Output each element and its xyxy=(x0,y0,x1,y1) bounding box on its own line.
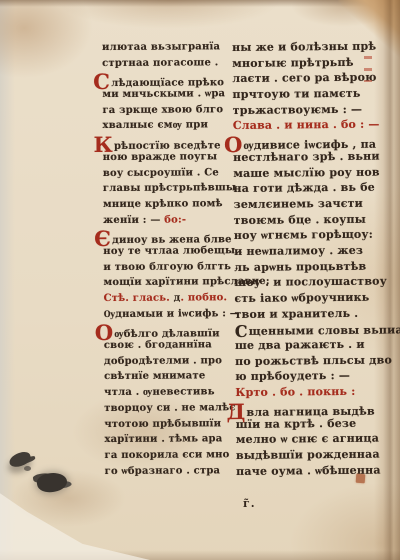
ink-text: мнице крѣпко помѣ xyxy=(103,198,223,210)
ink-text: ю прѣбоудеть : — xyxy=(235,369,350,383)
manuscript-text-line: єть іако ѡброучникь xyxy=(234,290,384,307)
ink-blot xyxy=(24,466,31,471)
manuscript-text-line: ше два ражаѥть . и xyxy=(235,337,385,354)
manuscript-text-line: ны же и болѣзны прѣ xyxy=(232,39,382,56)
manuscript-text-line: Сщенными словы вьпиа xyxy=(235,321,385,338)
manuscript-text-line: ль арѡнь процьвтѣв xyxy=(234,258,384,275)
rubric-text: Стѣ. глась. xyxy=(104,293,174,304)
ink-text: твоѥмь бце . коупы xyxy=(234,212,366,226)
ink-text: прчтоую ти памєть xyxy=(232,87,360,101)
manuscript-text-line: ми мнчьскыми . ѡра xyxy=(102,86,230,102)
ink-text: добродѣтелми . про xyxy=(104,355,222,367)
manuscript-text-line: твоѥмь бце . коупы xyxy=(234,211,384,228)
manuscript-text-line: добродѣтелми . про xyxy=(104,353,232,369)
manuscript-text-line: Слава . и нина . бо : — xyxy=(233,117,383,134)
ink-text: женїи : — xyxy=(103,214,164,225)
ink-text: нестлѣнаго зрѣ . вьни xyxy=(233,149,380,163)
text-column-right: ны же и болѣзны прѣмногыѥ прѣтрьпѣлаєти … xyxy=(232,39,386,480)
ink-text: ше два ражаѥть . и xyxy=(235,338,365,352)
manuscript-text-line: многыѥ прѣтрьпѣ xyxy=(232,54,382,71)
manuscript-text-line: на готи дѣжда . вь бе xyxy=(233,180,383,197)
manuscript-text-line: свѣтнїе мнимате xyxy=(104,369,232,385)
rubric-text: Слава . и нина . бо : — xyxy=(233,118,380,132)
rubric-text: . побно. xyxy=(180,292,227,303)
ink-text: ною вражде поугы xyxy=(103,151,218,163)
manuscript-text-line: чтла . ѹневестивь xyxy=(104,384,232,400)
manuscript-text-line: маше мыслїю роу нов xyxy=(233,164,383,181)
ink-text: лаєти . сего ра вѣрою xyxy=(232,71,376,85)
manuscript-text-line: нестлѣнаго зрѣ . вьни xyxy=(233,148,383,165)
ink-text: мелно ѡ снѥ є агница xyxy=(236,432,379,446)
manuscript-text-line: илютаа вьзыгранїа xyxy=(102,39,230,55)
ink-text: чтла . ѹневестивь xyxy=(104,386,215,398)
rubric-text: Крто . бо . покнь : xyxy=(235,385,355,399)
ink-text: илютаа вьзыгранїа xyxy=(102,41,220,53)
manuscript-text-line: землєинемь зачєти xyxy=(234,195,384,212)
manuscript-text-line: выдѣвшїи рожденнаа xyxy=(236,446,386,463)
manuscript-text-line: Крто . бо . покнь : xyxy=(235,384,385,401)
manuscript-text-line: Стѣ. глась. д. побно. xyxy=(104,290,232,306)
ink-text: выдѣвшїи рожденнаа xyxy=(236,447,380,461)
ink-text: ны же и болѣзны прѣ xyxy=(232,40,376,54)
ink-text: ноу те чтлаа любещы . xyxy=(103,245,242,257)
ink-text: го ѡбразнаго . стра xyxy=(105,465,221,477)
rubric-initial: С xyxy=(93,69,110,94)
manuscript-text-line: мелно ѡ снѥ є агница xyxy=(236,431,386,448)
manuscript-text-line: ноу ѡгнємь горѣщоу: xyxy=(234,227,384,244)
ink-blot xyxy=(36,471,69,495)
ink-text: єть іако ѡброучникь xyxy=(234,291,369,305)
manuscript-text-line: по рожьствѣ пльсы дво xyxy=(235,352,385,369)
manuscript-text-line: Крѣпостїю вседѣте xyxy=(103,133,231,149)
manuscript-text-line: га зркще хвою блго xyxy=(102,102,230,118)
rubric-initial: Є xyxy=(94,226,111,251)
manuscript-text-line: твои и хранитель . xyxy=(235,305,385,322)
manuscript-text-line: Слѣдающїасе прѣко xyxy=(102,71,230,87)
manuscript-text-line: Єдиноу вь жена блве xyxy=(103,227,231,243)
manuscript-text-line: лаєти . сего ра вѣрою xyxy=(232,70,382,87)
manuscript-text-line: Двла нагница выдѣв xyxy=(235,399,385,416)
ink-text: ноу ѡгнємь горѣщоу: xyxy=(234,228,373,242)
manuscript-text-line: и твою блгоую блгть . xyxy=(103,259,231,275)
ink-text: га зркще хвою блго xyxy=(102,104,223,116)
ink-text: чтотою прѣбывшїи xyxy=(104,418,221,430)
manuscript-text-line: своѥ . бгоданнїна xyxy=(104,337,232,353)
ink-text: по рожьствѣ пльсы дво xyxy=(235,353,392,368)
manuscript-text-line: главы прѣстрьпѣвшы xyxy=(103,180,231,196)
manuscript-text-line: стртнаа погасоше . xyxy=(102,55,230,71)
manuscript-text-line: шоу . и послоушаствоу xyxy=(234,274,384,291)
manuscript-text-line: ноу те чтлаа любещы . xyxy=(103,243,231,259)
manuscript-text-line: мощїи харїтини прѣславне: xyxy=(103,275,231,291)
ink-text: на готи дѣжда . вь бе xyxy=(233,181,375,195)
ink-text: га покорила єси мно xyxy=(105,449,230,461)
manuscript-text-line: чтотою прѣбывшїи xyxy=(104,416,232,432)
ink-text: ми мнчьскыми . ѡра xyxy=(102,88,225,100)
ink-text: стртнаа погасоше . xyxy=(102,57,218,69)
ink-text: свѣтнїе мнимате xyxy=(104,371,205,383)
manuscript-text-line: га покорила єси мно xyxy=(104,447,232,463)
ink-text: воу сысроушїи . Се xyxy=(103,167,219,179)
ink-text: твои и хранитель . xyxy=(235,306,359,320)
manuscript-text-line: и неѡпалимоу . жез xyxy=(234,242,384,259)
manuscript-text-line: Оѹдивисе іѡсифь , па xyxy=(233,133,383,150)
ink-text: трьжаствоуѥмь : — xyxy=(233,103,363,117)
ink-text: щенными словы вьпиа xyxy=(249,324,400,338)
manuscript-text-line: женїи : — бо:- xyxy=(103,212,231,228)
ink-text: многыѥ прѣтрьпѣ xyxy=(232,56,353,70)
red-paint-mark xyxy=(356,474,366,484)
rubric-initial: О xyxy=(95,320,114,345)
ink-text: шоу . и послоушаствоу xyxy=(234,275,387,289)
ink-text: главы прѣстрьпѣвшы xyxy=(103,182,236,194)
manuscript-text-line: ною вражде поугы xyxy=(103,149,231,165)
ink-text: харїтини . тѣмь ара xyxy=(104,433,222,445)
text-column-left: илютаа вьзыгранїастртнаа погасоше .Слѣда… xyxy=(102,39,233,479)
ink-text: и неѡпалимоу . жез xyxy=(234,244,363,258)
red-margin-marks xyxy=(364,56,372,90)
ink-text: землєинемь зачєти xyxy=(234,197,363,211)
manuscript-text-line: трьжаствоуѥмь : — xyxy=(233,101,383,118)
manuscript-text-line: ю прѣбоудеть : — xyxy=(235,368,385,385)
manuscript-text-line: Ѹднамыи и іѡсифь : — xyxy=(104,306,232,322)
ink-text: творцоу си . не малѣє xyxy=(104,402,235,414)
rubric-initial: О xyxy=(224,132,243,157)
ink-text: своѥ . бгоданнїна xyxy=(104,339,212,351)
ink-text: Ѹднамыи и іѡсифь : — xyxy=(104,308,240,320)
manuscript-text-line: мнице крѣпко помѣ xyxy=(103,196,231,212)
manuscript-text-line: харїтини . тѣмь ара xyxy=(104,431,232,447)
manuscript-text-line: творцоу си . не малѣє xyxy=(104,400,232,416)
quire-mark: г̃. xyxy=(243,497,256,510)
rubric-initial: К xyxy=(94,132,113,157)
manuscript-text-line: хвалныє ємѹ при xyxy=(102,118,230,134)
ink-text: ль арѡнь процьвтѣв xyxy=(234,259,366,273)
manuscript-page: илютаа вьзыгранїастртнаа погасоше .Слѣда… xyxy=(0,0,400,560)
ink-text: и твою блгоую блгть . xyxy=(103,261,238,273)
manuscript-text-line: го ѡбразнаго . стра xyxy=(105,463,233,479)
ink-text: С xyxy=(235,322,248,341)
manuscript-text-line: воу сысроушїи . Се xyxy=(103,165,231,181)
rubric-text: бо:- xyxy=(164,214,186,225)
ink-text: шїи на кртѣ . безе xyxy=(236,416,357,430)
manuscript-text-line: Оѹбѣлго дѣлавшїи xyxy=(104,322,232,338)
ink-text: маше мыслїю роу нов xyxy=(233,165,380,179)
manuscript-text-line: прчтоую ти памєть xyxy=(232,86,382,103)
ink-text: хвалныє ємѹ при xyxy=(102,120,208,132)
rubric-initial: Д xyxy=(226,399,245,424)
